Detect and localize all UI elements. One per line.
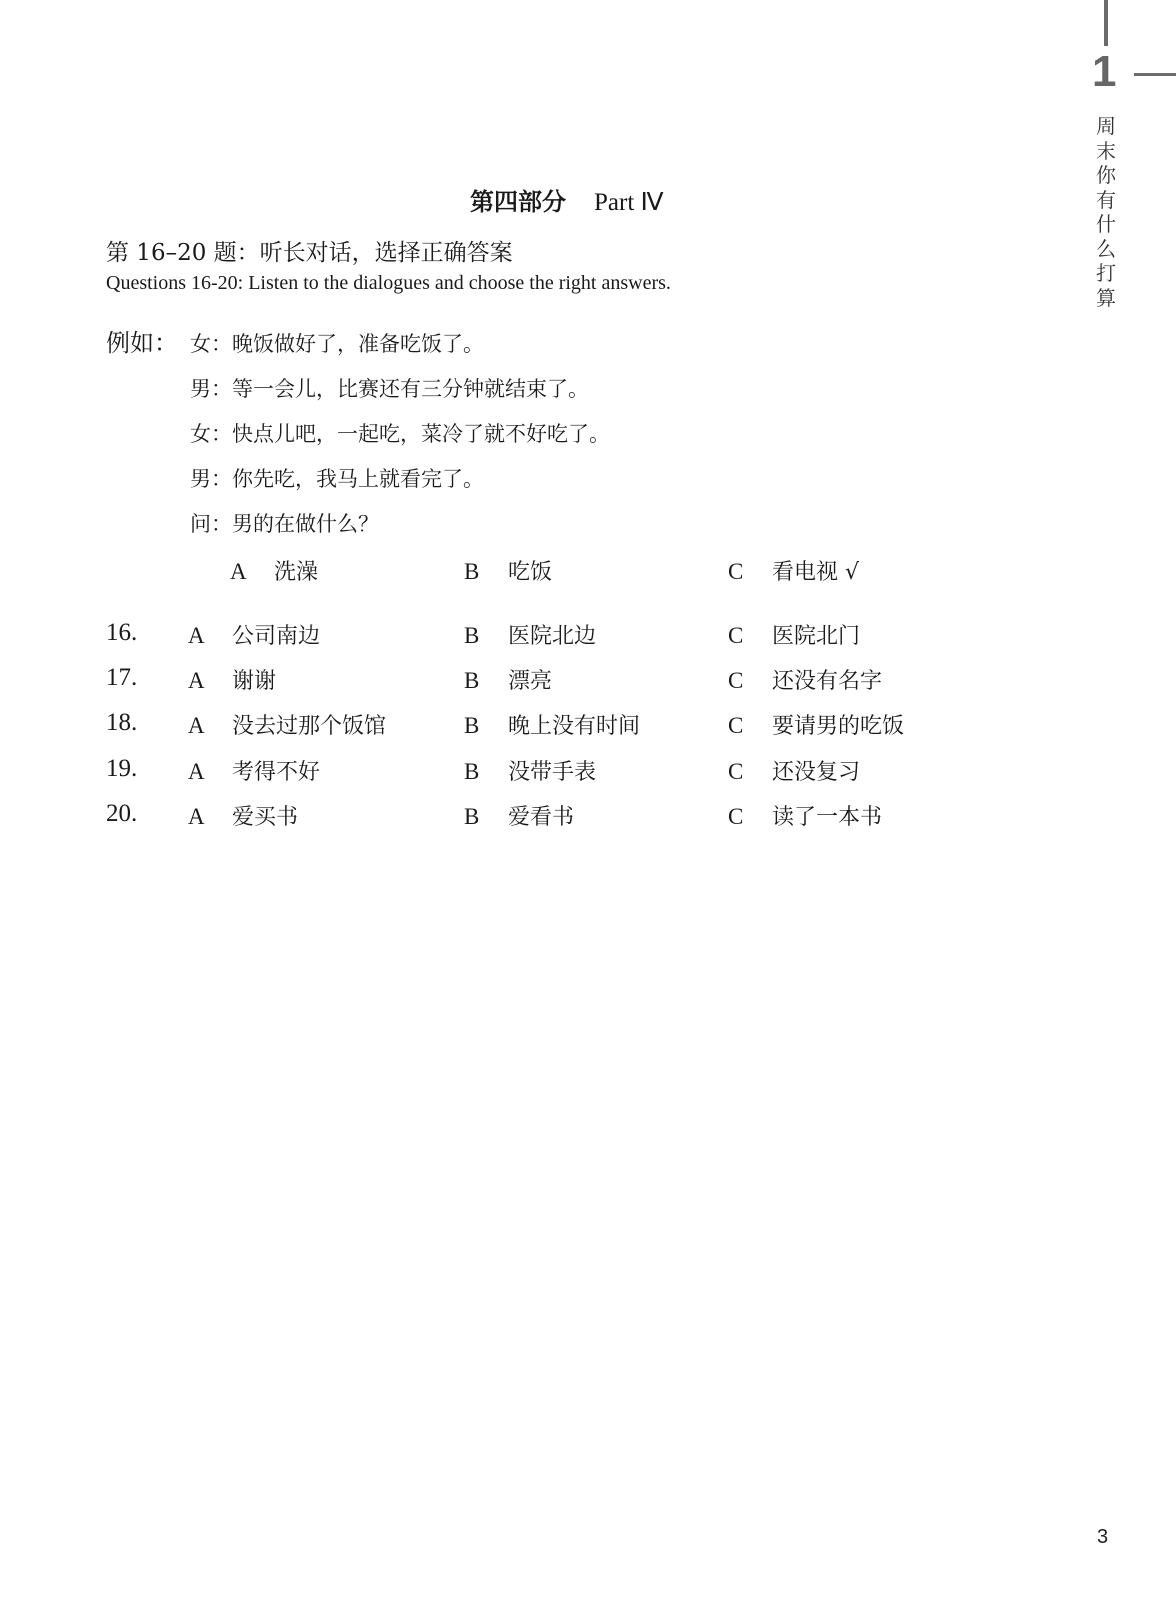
example-option-a: A洗澡 [230,555,318,586]
instructions-en: Questions 16-20: Listen to the dialogues… [106,272,671,295]
option-text: 谢谢 [232,669,276,694]
option-b: B没带手表 [464,755,596,786]
option-text: 医院北门 [772,624,860,649]
option-text: 晚上没有时间 [508,714,640,739]
example-dialogue-line: 女：晚饭做好了，准备吃饭了。 [190,328,484,358]
option-text: 公司南边 [232,624,320,649]
option-text: 没去过那个饭馆 [232,714,386,739]
option-text: 洗澡 [274,560,318,585]
question-number: 18. [106,709,137,737]
chapter-tab-line-right [1134,73,1176,76]
option-a: A没去过那个饭馆 [188,709,386,740]
option-text: 还没有名字 [772,669,882,694]
part-title-en: Part Ⅳ [594,189,664,216]
option-letter: C [728,804,772,830]
option-letter: B [464,623,508,649]
question-number: 17. [106,664,137,692]
example-option-b: B吃饭 [464,555,552,586]
example-dialogue-line: 男：你先吃，我马上就看完了。 [190,463,484,493]
chapter-title-char: 有 [1093,188,1119,213]
chapter-title-char: 什 [1093,212,1119,237]
example-option-c: C看电视 √ [728,555,859,586]
example-dialogue-line: 女：快点儿吧，一起吃，菜冷了就不好吃了。 [190,418,610,448]
option-text: 吃饭 [508,560,552,585]
chapter-title-char: 末 [1093,139,1119,164]
option-text: 看电视 √ [772,560,859,585]
question-number: 16. [106,619,137,647]
option-c: C还没有名字 [728,664,882,695]
option-b: B晚上没有时间 [464,709,640,740]
example-dialogue-line: 男：等一会儿，比赛还有三分钟就结束了。 [190,373,589,403]
chapter-title-char: 么 [1093,237,1119,262]
question-number: 19. [106,755,137,783]
option-c: C医院北门 [728,619,860,650]
option-letter: B [464,713,508,739]
option-a: A考得不好 [188,755,320,786]
option-text: 爱看书 [508,805,574,830]
chapter-title-char: 你 [1093,163,1119,188]
option-letter: C [728,668,772,694]
part-title-cn: 第四部分 [470,187,566,216]
option-b: B医院北边 [464,619,596,650]
option-letter: B [464,559,508,585]
option-text: 没带手表 [508,760,596,785]
option-letter: B [464,804,508,830]
example-question: 问：男的在做什么？ [190,508,379,538]
option-letter: A [188,713,232,739]
instructions-cn: 第 16–20 题：听长对话，选择正确答案 [106,234,513,267]
option-text: 医院北边 [508,624,596,649]
option-letter: C [728,713,772,739]
chapter-title-vertical: 周 末 你 有 什 么 打 算 [1093,114,1119,310]
option-letter: C [728,759,772,785]
option-text: 读了一本书 [772,805,882,830]
option-a: A谢谢 [188,664,276,695]
option-c: C读了一本书 [728,800,882,831]
option-a: A公司南边 [188,619,320,650]
option-letter: A [188,668,232,694]
option-a: A爱买书 [188,800,298,831]
chapter-tab-line-top [1104,0,1108,46]
option-letter: C [728,623,772,649]
option-text: 考得不好 [232,760,320,785]
option-c: C还没复习 [728,755,860,786]
option-letter: B [464,759,508,785]
chapter-title-char: 算 [1093,286,1119,311]
option-letter: A [188,759,232,785]
page-number: 3 [1097,1526,1108,1549]
option-text: 要请男的吃饭 [772,714,904,739]
option-b: B漂亮 [464,664,552,695]
option-letter: A [230,559,274,585]
chapter-title-char: 周 [1093,114,1119,139]
question-number: 20. [106,800,137,828]
option-text: 漂亮 [508,669,552,694]
option-c: C要请男的吃饭 [728,709,904,740]
chapter-title-char: 打 [1093,261,1119,286]
option-letter: A [188,804,232,830]
part-title: 第四部分Part Ⅳ [470,182,664,217]
example-label: 例如： [106,323,178,358]
option-letter: C [728,559,772,585]
option-letter: B [464,668,508,694]
chapter-number: 1 [1092,50,1116,94]
option-b: B爱看书 [464,800,574,831]
option-text: 还没复习 [772,760,860,785]
option-text: 爱买书 [232,805,298,830]
option-letter: A [188,623,232,649]
